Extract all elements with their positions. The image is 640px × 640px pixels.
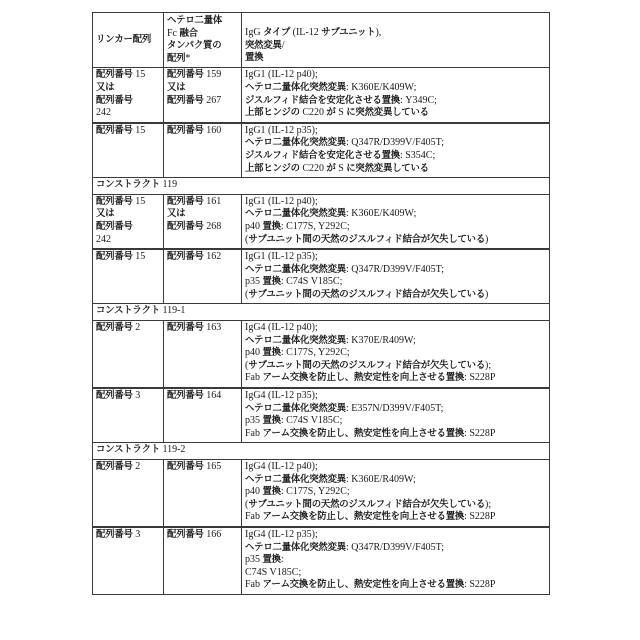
- cell-line: 配列番号 161: [167, 196, 238, 209]
- mutations-cell: IgG1 (IL-12 p40);ヘテロ二量体化突然変異: K360E/K409…: [242, 68, 550, 123]
- fusion-protein-cell: 配列番号 165: [164, 460, 242, 527]
- cell-line: p40 置換: C177S, Y292C;: [245, 221, 546, 234]
- cell-line: 配列番号 3: [96, 529, 160, 542]
- linker-sequence-cell: 配列番号 2: [93, 321, 164, 388]
- cell-line: 又は: [96, 208, 160, 221]
- header-linker-sequence: リンカー配列: [93, 13, 164, 68]
- jp-text: 置換: [263, 486, 281, 497]
- table-row: 配列番号 15配列番号 162IgG1 (IL-12 p35);ヘテロ二量体化突…: [93, 249, 550, 304]
- cell-line: ジスルフィド結合を安定化させる置換: Y349C;: [245, 95, 546, 108]
- jp-text: サブユニット: [321, 27, 375, 38]
- linker-sequence-cell: 配列番号 15又は配列番号242: [93, 194, 164, 249]
- cell-line: コンストラクト 119: [96, 179, 546, 192]
- jp-text: 置換: [263, 347, 281, 358]
- jp-text: 配列番号: [167, 461, 204, 472]
- jp-text: 配列番号: [96, 196, 133, 207]
- cell-line: ヘテロ二量体化突然変異: K370E/R409W;: [245, 335, 546, 348]
- table-header-row: リンカー配列 ヘテロ二量体Fc 融合タンパク質の配列* IgG タイプ (IL-…: [93, 13, 550, 68]
- fusion-protein-cell: 配列番号 160: [164, 123, 242, 178]
- jp-text: 置換: [263, 415, 281, 426]
- cell-line: 配列番号 267: [167, 95, 238, 108]
- jp-text: 配列番号: [167, 69, 204, 80]
- cell-line: 配列番号 2: [96, 322, 160, 335]
- section-label: コンストラクト 119-2: [93, 443, 550, 460]
- mutations-cell: IgG1 (IL-12 p35);ヘテロ二量体化突然変異: Q347R/D399…: [242, 123, 550, 178]
- cell-line: 配列番号 15: [96, 69, 160, 82]
- jp-text: ヘテロ二量体化突然変異: [245, 335, 346, 346]
- jp-text: 配列番号: [96, 322, 133, 333]
- cell-line: 242: [96, 107, 160, 120]
- cell-line: 又は: [167, 82, 238, 95]
- jp-text: ヘテロ二量体化突然変異: [245, 264, 346, 275]
- cell-line: ヘテロ二量体化突然変異: Q347R/D399V/F405T;: [245, 137, 546, 150]
- cell-line: (サブユニット間の天然のジスルフィド結合が欠失している): [245, 289, 546, 302]
- jp-text: が: [327, 163, 336, 174]
- cell-line: ヘテロ二量体化突然変異: K360E/K409W;: [245, 208, 546, 221]
- cell-line: Fab アーム交換を防止し、熱安定性を向上させる置換: S228P: [245, 511, 546, 524]
- linker-sequence-cell: 配列番号 15: [93, 123, 164, 178]
- header-igg-type-mutations: IgG タイプ (IL-12 サブユニット),突然変異/置換: [242, 13, 550, 68]
- linker-sequence-cell: 配列番号 15又は配列番号242: [93, 68, 164, 123]
- linker-sequence-cell: 配列番号 15: [93, 249, 164, 304]
- cell-line: (サブユニット間の天然のジスルフィド結合が欠失している);: [245, 360, 546, 373]
- jp-text: 配列: [167, 53, 185, 64]
- cell-line: 配列番号 15: [96, 196, 160, 209]
- cell-line: Fab アーム交換を防止し、熱安定性を向上させる置換: S228P: [245, 579, 546, 592]
- jp-text: 配列番号: [96, 69, 133, 80]
- cell-line: p35 置換: C74S V185C;: [245, 276, 546, 289]
- cell-line: IgG1 (IL-12 p40);: [245, 196, 546, 209]
- cell-line: 置換: [245, 52, 546, 65]
- cell-line: 配列番号 3: [96, 390, 160, 403]
- jp-text: タイプ: [263, 27, 290, 38]
- jp-text: ジスルフィド結合を安定化させる置換: [245, 150, 400, 161]
- table-row: 配列番号 15配列番号 160IgG1 (IL-12 p35);ヘテロ二量体化突…: [93, 123, 550, 178]
- cell-line: 配列番号 2: [96, 461, 160, 474]
- mutations-cell: IgG1 (IL-12 p35);ヘテロ二量体化突然変異: Q347R/D399…: [242, 249, 550, 304]
- cell-line: p35 置換:: [245, 554, 546, 567]
- jp-text: アーム交換を防止し、熱安定性を向上させる置換: [263, 428, 465, 439]
- cell-line: ヘテロ二量体化突然変異: Q347R/D399V/F405T;: [245, 542, 546, 555]
- jp-text: 又は: [96, 82, 114, 93]
- jp-text: 上部ヒンジの: [245, 107, 300, 118]
- jp-text: 置換: [263, 276, 281, 287]
- fusion-protein-cell: 配列番号 161又は配列番号 268: [164, 194, 242, 249]
- jp-text: アーム交換を防止し、熱安定性を向上させる置換: [263, 511, 465, 522]
- cell-line: p35 置換: C74S V185C;: [245, 415, 546, 428]
- cell-line: 配列番号 159: [167, 69, 238, 82]
- jp-text: が: [327, 107, 336, 118]
- jp-text: 上部ヒンジの: [245, 163, 300, 174]
- mutations-cell: IgG4 (IL-12 p40);ヘテロ二量体化突然変異: K370E/R409…: [242, 321, 550, 388]
- jp-text: ヘテロ二量体化突然変異: [245, 403, 346, 414]
- cell-line: Fc 融合: [167, 28, 238, 41]
- cell-line: (サブユニット間の天然のジスルフィド結合が欠失している);: [245, 499, 546, 512]
- mutations-cell: IgG4 (IL-12 p35);ヘテロ二量体化突然変異: Q347R/D399…: [242, 527, 550, 594]
- cell-line: 上部ヒンジの C220 が S に突然変異している: [245, 163, 546, 176]
- cell-line: ヘテロ二量体化突然変異: K360E/K409W;: [245, 82, 546, 95]
- cell-line: C74S V185C;: [245, 567, 546, 580]
- jp-text: 配列番号: [167, 390, 204, 401]
- jp-text: アーム交換を防止し、熱安定性を向上させる置換: [263, 579, 465, 590]
- fusion-protein-cell: 配列番号 166: [164, 527, 242, 594]
- jp-text: 配列番号: [96, 390, 133, 401]
- section-row: コンストラクト 119-2: [93, 443, 550, 460]
- jp-text: 配列番号: [167, 529, 204, 540]
- cell-line: IgG4 (IL-12 p40);: [245, 461, 546, 474]
- cell-line: ヘテロ二量体化突然変異: Q347R/D399V/F405T;: [245, 264, 546, 277]
- cell-line: 配列*: [167, 53, 238, 66]
- jp-text: ヘテロ二量体化突然変異: [245, 208, 346, 219]
- section-label: コンストラクト 119-1: [93, 304, 550, 321]
- mutations-cell: IgG4 (IL-12 p40);ヘテロ二量体化突然変異: K360E/R409…: [242, 460, 550, 527]
- cell-line: 配列番号: [96, 221, 160, 234]
- cell-line: 配列番号 165: [167, 461, 238, 474]
- section-label: コンストラクト 119: [93, 178, 550, 195]
- jp-text: 配列番号: [167, 95, 204, 106]
- cell-line: 配列番号: [96, 95, 160, 108]
- cell-line: Fab アーム交換を防止し、熱安定性を向上させる置換: S228P: [245, 428, 546, 441]
- cell-line: リンカー配列: [96, 34, 160, 47]
- jp-text: サブユニット間の天然のジスルフィド結合が欠失している: [248, 289, 485, 300]
- jp-text: に突然変異している: [346, 107, 429, 118]
- cell-line: 配列番号 164: [167, 390, 238, 403]
- cell-line: 配列番号 166: [167, 529, 238, 542]
- jp-text: 配列番号: [96, 125, 133, 136]
- linker-sequence-cell: 配列番号 2: [93, 460, 164, 527]
- section-row: コンストラクト 119-1: [93, 304, 550, 321]
- table-row: 配列番号 15又は配列番号242配列番号 159又は配列番号 267IgG1 (…: [93, 68, 550, 123]
- jp-text: 突然変異: [245, 40, 282, 51]
- mutations-cell: IgG1 (IL-12 p40);ヘテロ二量体化突然変異: K360E/K409…: [242, 194, 550, 249]
- linker-sequence-cell: 配列番号 3: [93, 388, 164, 443]
- jp-text: 又は: [167, 82, 185, 93]
- cell-line: Fab アーム交換を防止し、熱安定性を向上させる置換: S228P: [245, 372, 546, 385]
- cell-line: 配列番号 15: [96, 251, 160, 264]
- jp-text: コンストラクト: [96, 305, 160, 316]
- jp-text: ヘテロ二量体化突然変異: [245, 137, 346, 148]
- fusion-protein-cell: 配列番号 159又は配列番号 267: [164, 68, 242, 123]
- cell-line: IgG4 (IL-12 p40);: [245, 322, 546, 335]
- jp-text: ヘテロ二量体化突然変異: [245, 474, 346, 485]
- section-row: コンストラクト 119: [93, 178, 550, 195]
- jp-text: 配列番号: [96, 221, 133, 232]
- jp-text: ヘテロ二量体化突然変異: [245, 82, 346, 93]
- jp-text: 配列番号: [167, 221, 204, 232]
- jp-text: 配列番号: [96, 461, 133, 472]
- cell-line: コンストラクト 119-2: [96, 444, 546, 457]
- cell-line: IgG1 (IL-12 p40);: [245, 69, 546, 82]
- table-row: 配列番号 15又は配列番号242配列番号 161又は配列番号 268IgG1 (…: [93, 194, 550, 249]
- jp-text: 置換: [263, 221, 281, 232]
- cell-line: 242: [96, 234, 160, 247]
- cell-line: ヘテロ二量体: [167, 15, 238, 28]
- cell-line: 配列番号 160: [167, 125, 238, 138]
- jp-text: 配列番号: [167, 251, 204, 262]
- fusion-protein-cell: 配列番号 162: [164, 249, 242, 304]
- linker-sequence-cell: 配列番号 3: [93, 527, 164, 594]
- jp-text: サブユニット間の天然のジスルフィド結合が欠失している: [248, 234, 485, 245]
- table-row: 配列番号 2配列番号 163IgG4 (IL-12 p40);ヘテロ二量体化突然…: [93, 321, 550, 388]
- jp-text: コンストラクト: [96, 179, 160, 190]
- jp-text: 配列番号: [96, 529, 133, 540]
- jp-text: 融合: [180, 28, 198, 39]
- jp-text: サブユニット間の天然のジスルフィド結合が欠失している: [248, 360, 485, 371]
- cell-line: p40 置換: C177S, Y292C;: [245, 347, 546, 360]
- jp-text: 又は: [96, 208, 114, 219]
- jp-text: 又は: [167, 208, 185, 219]
- cell-line: 上部ヒンジの C220 が S に突然変異している: [245, 107, 546, 120]
- jp-text: 配列番号: [96, 95, 133, 106]
- jp-text: 配列番号: [167, 322, 204, 333]
- table-row: 配列番号 2配列番号 165IgG4 (IL-12 p40);ヘテロ二量体化突然…: [93, 460, 550, 527]
- cell-line: タンパク質の: [167, 40, 238, 53]
- cell-line: 又は: [96, 82, 160, 95]
- jp-text: 配列番号: [167, 125, 204, 136]
- fusion-protein-cell: 配列番号 163: [164, 321, 242, 388]
- cell-line: (サブユニット間の天然のジスルフィド結合が欠失している): [245, 234, 546, 247]
- jp-text: アーム交換を防止し、熱安定性を向上させる置換: [263, 372, 465, 383]
- cell-line: ヘテロ二量体化突然変異: E357N/D399V/F405T;: [245, 403, 546, 416]
- fusion-protein-cell: 配列番号 164: [164, 388, 242, 443]
- mutations-cell: IgG4 (IL-12 p35);ヘテロ二量体化突然変異: E357N/D399…: [242, 388, 550, 443]
- table-body: 配列番号 15又は配列番号242配列番号 159又は配列番号 267IgG1 (…: [93, 68, 550, 595]
- construct-table: リンカー配列 ヘテロ二量体Fc 融合タンパク質の配列* IgG タイプ (IL-…: [92, 12, 550, 595]
- cell-line: 配列番号 268: [167, 221, 238, 234]
- jp-text: タンパク質の: [167, 40, 221, 51]
- cell-line: IgG4 (IL-12 p35);: [245, 390, 546, 403]
- jp-text: サブユニット間の天然のジスルフィド結合が欠失している: [248, 499, 485, 510]
- jp-text: ジスルフィド結合を安定化させる置換: [245, 95, 400, 106]
- cell-line: 配列番号 162: [167, 251, 238, 264]
- cell-line: IgG タイプ (IL-12 サブユニット),: [245, 27, 546, 40]
- jp-text: 置換: [245, 52, 263, 63]
- jp-text: リンカー配列: [96, 34, 151, 45]
- cell-line: IgG1 (IL-12 p35);: [245, 125, 546, 138]
- jp-text: ヘテロ二量体: [167, 15, 222, 26]
- jp-text: 配列番号: [167, 196, 204, 207]
- cell-line: ヘテロ二量体化突然変異: K360E/R409W;: [245, 474, 546, 487]
- cell-line: コンストラクト 119-1: [96, 305, 546, 318]
- table-row: 配列番号 3配列番号 164IgG4 (IL-12 p35);ヘテロ二量体化突然…: [93, 388, 550, 443]
- jp-text: ヘテロ二量体化突然変異: [245, 542, 346, 553]
- table-row: 配列番号 3配列番号 166IgG4 (IL-12 p35);ヘテロ二量体化突然…: [93, 527, 550, 594]
- jp-text: コンストラクト: [96, 444, 160, 455]
- jp-text: 配列番号: [96, 251, 133, 262]
- cell-line: IgG1 (IL-12 p35);: [245, 251, 546, 264]
- jp-text: に突然変異している: [346, 163, 429, 174]
- cell-line: IgG4 (IL-12 p35);: [245, 529, 546, 542]
- cell-line: 突然変異/: [245, 40, 546, 53]
- cell-line: 又は: [167, 208, 238, 221]
- jp-text: 置換: [263, 554, 281, 565]
- cell-line: p40 置換: C177S, Y292C;: [245, 486, 546, 499]
- cell-line: 配列番号 163: [167, 322, 238, 335]
- cell-line: 配列番号 15: [96, 125, 160, 138]
- header-fusion-protein-sequence: ヘテロ二量体Fc 融合タンパク質の配列*: [164, 13, 242, 68]
- cell-line: ジスルフィド結合を安定化させる置換: S354C;: [245, 150, 546, 163]
